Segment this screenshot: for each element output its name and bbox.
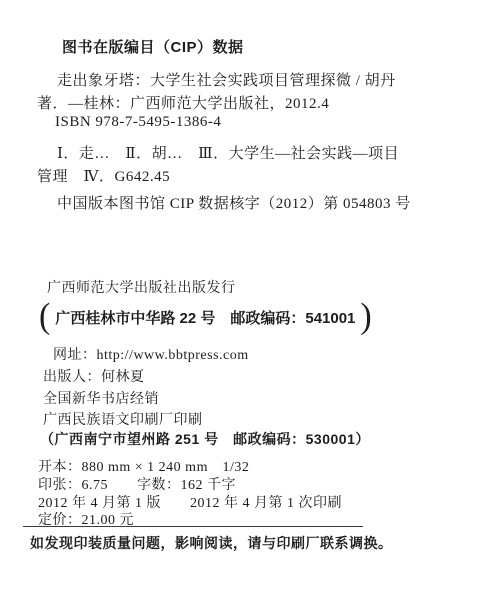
website-line: 网址：http://www.bbtpress.com [53,344,249,364]
cip-header: 图书在版编目（CIP）数据 [62,36,244,57]
publisher-line: 广西师范大学出版社出版发行 [47,277,236,297]
printer-address-line: （广西南宁市望州路 251 号 邮政编码：530001） [40,429,370,449]
cip-title-line2: 著．—桂林：广西师范大学出版社，2012.4 [37,92,329,113]
publisher-address: 广西桂林市中华路 22 号 邮政编码：541001 [55,307,355,328]
quality-notice: 如发现印装质量问题，影响阅读，请与印刷厂联系调换。 [30,533,393,553]
cip-classification-line1: Ⅰ．走… Ⅱ．胡… Ⅲ．大学生—社会实践—项目 [57,142,399,163]
publisher-address-row: ( 广西桂林市中华路 22 号 邮政编码：541001 ) [34,299,377,335]
open-paren: ( [34,299,55,335]
publisher-person-line: 出版人：何林夏 [43,366,145,386]
footer-divider [23,526,363,527]
cip-registry: 中国版本图书馆 CIP 数据核字（2012）第 054803 号 [57,192,411,213]
format-line: 开本：880 mm × 1 240 mm 1/32 [38,456,249,476]
cip-title-line1: 走出象牙塔：大学生社会实践项目管理探微 / 胡丹 [57,69,396,90]
distribution-line: 全国新华书店经销 [43,388,159,408]
cip-classification-line2: 管理 Ⅳ．G642.45 [37,165,170,186]
close-paren: ) [355,299,376,335]
cip-isbn: ISBN 978-7-5495-1386-4 [55,114,221,131]
sheets-line: 印张：6.75 字数：162 千字 [38,474,236,494]
printer-line: 广西民族语文印刷厂印刷 [43,409,203,429]
